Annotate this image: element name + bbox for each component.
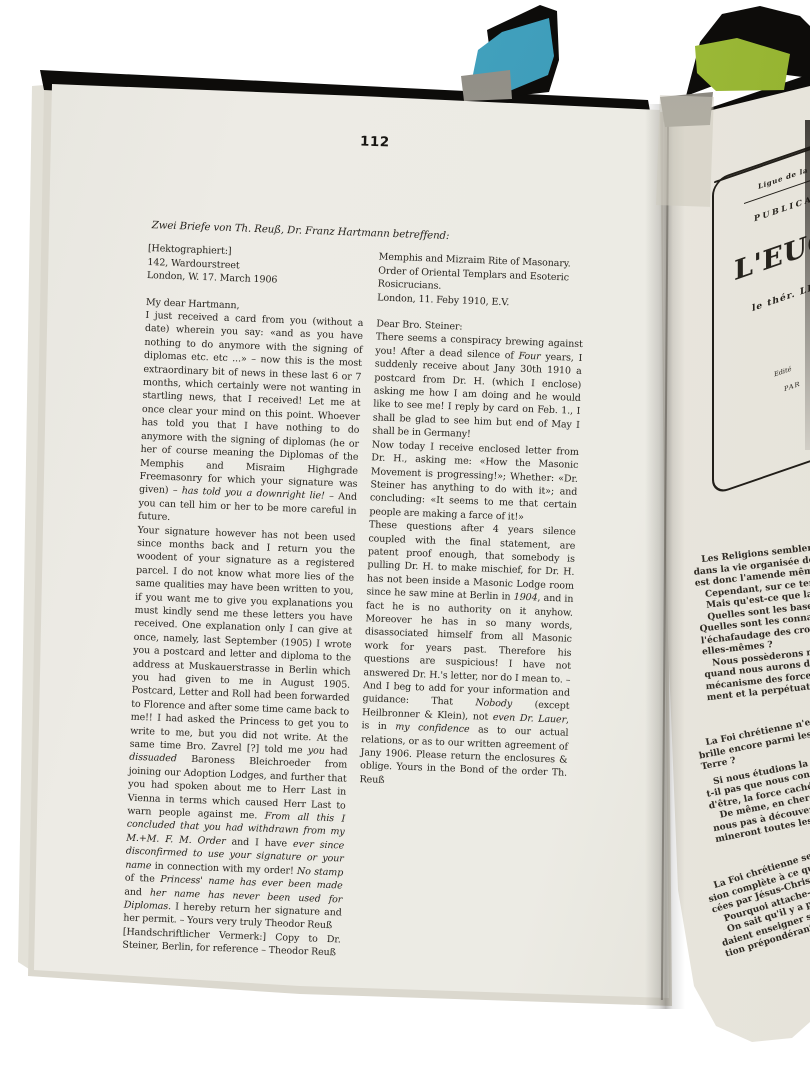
left-page-text: Zwei Briefe von Th. Reuß, Dr. Franz Hart… xyxy=(122,219,587,968)
page-number: 112 xyxy=(360,133,390,150)
two-column-layout: [Hektographiert:] 142, Wardourstreet Lon… xyxy=(122,242,586,968)
tape-strip xyxy=(656,95,714,207)
letter-1906-address-block: [Hektographiert:] 142, Wardourstreet Lon… xyxy=(147,242,366,290)
french-text-block-2: La Foi chrétienne n'e brille encore parm… xyxy=(696,717,810,847)
letter-1906-paragraph-2: Your signature however has not been used… xyxy=(123,523,356,933)
letter-1910-letterhead: Memphis and Mizraim Rite of Masonary. Or… xyxy=(377,251,586,312)
letter-1910-paragraph-3: These questions after 4 years silence co… xyxy=(359,518,576,794)
open-book-photo: Ligue de la F PUBLICAT L'EUC le thér. LE… xyxy=(0,0,810,1080)
french-text-block-1: Les Religions semblent dans la vie organ… xyxy=(692,543,810,705)
letter-1910-paragraph-1: There seems a conspiracy brewing against… xyxy=(372,331,583,446)
reproduced-document-frame: Ligue de la F PUBLICAT L'EUC le thér. LE… xyxy=(712,108,810,496)
letter-1906-paragraph-1: I just received a card from you (without… xyxy=(138,309,364,531)
letter-column-1906: [Hektographiert:] 142, Wardourstreet Lon… xyxy=(122,242,366,960)
letter-column-1910: Memphis and Mizraim Rite of Masonary. Or… xyxy=(353,251,586,968)
letter-1910-paragraph-2: Now today I receive enclosed letter from… xyxy=(369,438,579,526)
french-text-block-3: La Foi chrétienne se d sion complète à c… xyxy=(704,848,810,961)
document-edge-shadow xyxy=(805,120,810,450)
